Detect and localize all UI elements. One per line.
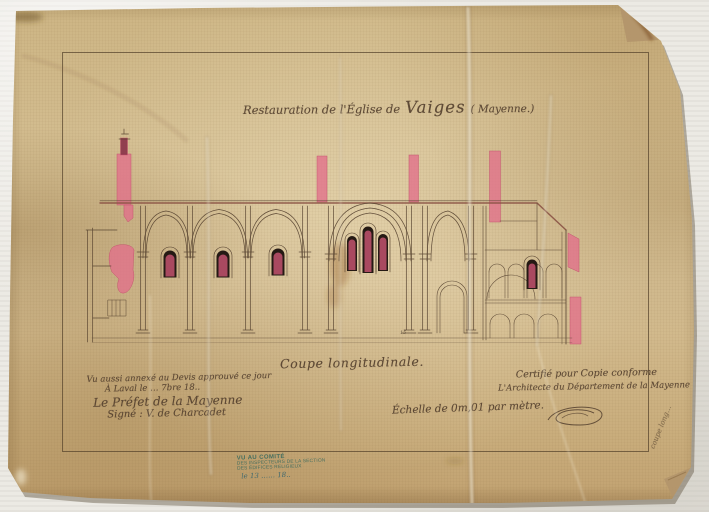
tracing-cloth-sheet: 15 Restauration de l'Église deVaiges( Ma… (0, 0, 709, 512)
corner-folds (0, 0, 709, 512)
photo-of-archival-drawing: 15 Restauration de l'Église deVaiges( Ma… (0, 0, 709, 512)
